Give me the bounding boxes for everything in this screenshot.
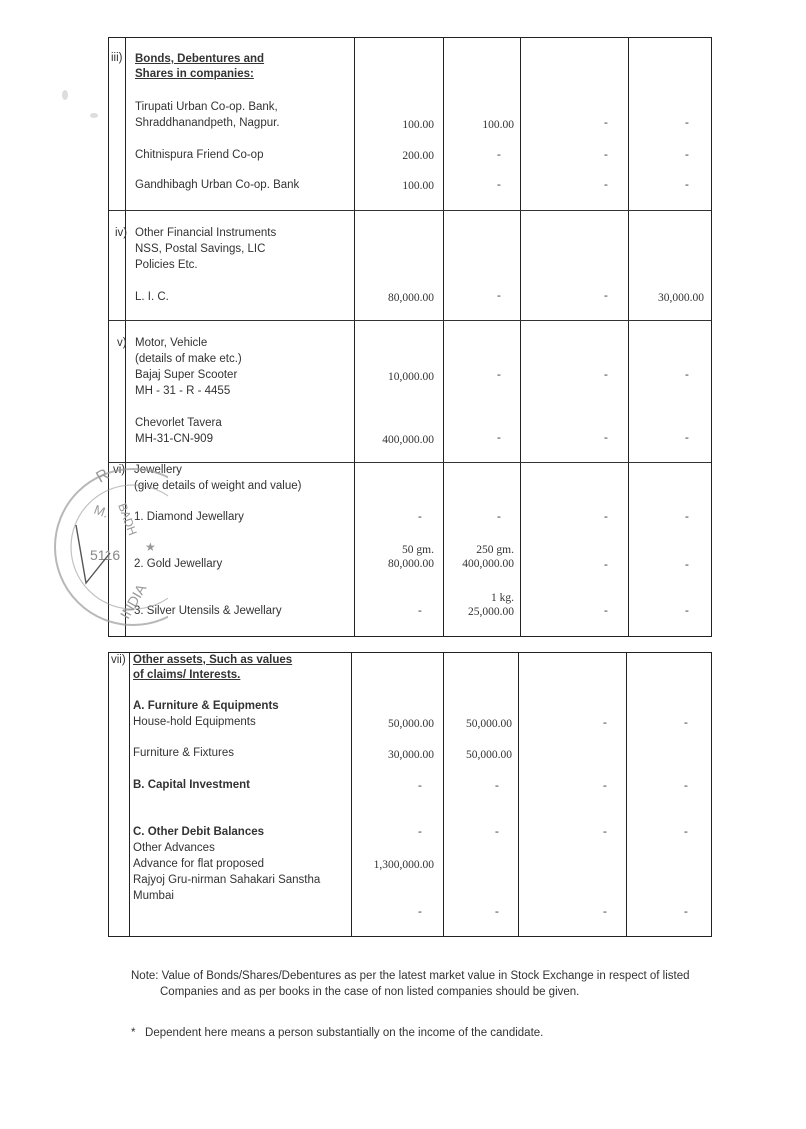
section-title: of claims/ Interests. [133, 668, 240, 684]
asset-name: Other Advances [133, 841, 215, 857]
section-number: vii) [111, 653, 126, 669]
value-col4: - [685, 149, 689, 161]
asset-name: Advance for flat proposed [133, 857, 264, 873]
value-col3: - [604, 511, 608, 523]
column-divider [626, 653, 627, 936]
asset-name: House-hold Equipments [133, 715, 256, 731]
section-title: Shares in companies: [135, 67, 254, 83]
value-col4: - [685, 432, 689, 444]
footnote-dependent: * Dependent here means a person substant… [131, 1025, 543, 1041]
section-number: vi) [113, 463, 125, 479]
section-title: Other Financial Instruments [135, 226, 276, 242]
asset-name: MH-31-CN-909 [135, 432, 213, 448]
asset-name: 2. Gold Jewellary [134, 557, 222, 573]
value-col4: - [685, 559, 689, 571]
section-title: Motor, Vehicle [135, 336, 207, 352]
section-number: iv) [115, 226, 127, 242]
value-col1: 30,000.00 [388, 748, 434, 763]
section-title: Jewellery [134, 463, 182, 479]
value-col3: - [604, 290, 608, 302]
value-col4: - [685, 369, 689, 381]
column-divider [628, 38, 629, 636]
asset-name: 3. Silver Utensils & Jewellary [134, 604, 282, 620]
asset-name: 1. Diamond Jewellary [134, 510, 244, 526]
value-col1: 80,000.00 [388, 557, 434, 572]
asset-name: Rajyoj Gru-nirman Sahakari Sanstha [133, 873, 320, 889]
asset-name: MH - 31 - R - 4455 [135, 384, 230, 400]
column-divider [129, 653, 130, 936]
section-title: NSS, Postal Savings, LIC [135, 242, 265, 258]
value-col2: 400,000.00 [462, 557, 514, 572]
section-title: Bonds, Debentures and [135, 52, 264, 68]
value-col2: 50,000.00 [466, 717, 512, 732]
value-col1: - [418, 826, 422, 838]
value-col2: - [495, 826, 499, 838]
value-col2: - [495, 906, 499, 918]
section-title: (details of make etc.) [135, 352, 242, 368]
section-number: v) [117, 336, 127, 352]
value-col2: 100.00 [482, 118, 514, 133]
assets-table-lower [108, 652, 712, 937]
section-title: Other assets, Such as values [133, 653, 292, 669]
asset-name: Furniture & Fixtures [133, 746, 234, 762]
subsection-title: C. Other Debit Balances [133, 825, 264, 841]
asset-name: Chitnispura Friend Co-op [135, 148, 263, 164]
value-col4: - [684, 906, 688, 918]
asset-name: Chevorlet Tavera [135, 416, 222, 432]
scan-smudge [90, 113, 98, 118]
value-col3: - [604, 369, 608, 381]
column-divider [354, 38, 355, 636]
value-col1: 50,000.00 [388, 717, 434, 732]
value-col4: - [684, 826, 688, 838]
value-col4: - [685, 511, 689, 523]
value-col4: - [685, 179, 689, 191]
value-col1: 100.00 [402, 179, 434, 194]
value-col3: - [603, 780, 607, 792]
value-col3: - [604, 432, 608, 444]
value-col3: - [603, 906, 607, 918]
section-title: Policies Etc. [135, 258, 198, 274]
note-line-1: Note: Value of Bonds/Shares/Debentures a… [131, 968, 690, 984]
asset-name: L. I. C. [135, 290, 169, 306]
value-col1: - [418, 511, 422, 523]
weight-col2: 1 kg. [491, 591, 514, 606]
value-col2: - [495, 780, 499, 792]
asset-name: Shraddhanandpeth, Nagpur. [135, 116, 280, 132]
value-col1: 10,000.00 [388, 370, 434, 385]
value-col3: - [603, 826, 607, 838]
value-col4: - [685, 605, 689, 617]
column-divider [443, 653, 444, 936]
value-col4: - [685, 117, 689, 129]
value-col1: 200.00 [402, 149, 434, 164]
value-col1: - [418, 605, 422, 617]
value-col3: - [604, 559, 608, 571]
value-col2: - [497, 290, 501, 302]
signature-mark [76, 525, 110, 583]
asset-name: Gandhibagh Urban Co-op. Bank [135, 178, 299, 194]
value-col2: 25,000.00 [468, 605, 514, 620]
value-col2: 50,000.00 [466, 748, 512, 763]
column-divider [520, 38, 521, 636]
scan-smudge [62, 90, 68, 100]
row-divider [109, 210, 711, 211]
value-col2: - [497, 149, 501, 161]
value-col2: - [497, 432, 501, 444]
row-divider [109, 320, 711, 321]
weight-col1: 50 gm. [402, 543, 434, 558]
section-number: iii) [111, 51, 123, 67]
weight-col2: 250 gm. [476, 543, 514, 558]
column-divider [518, 653, 519, 936]
asset-name: Bajaj Super Scooter [135, 368, 237, 384]
value-col3: - [603, 717, 607, 729]
value-col1: 80,000.00 [388, 291, 434, 306]
asset-name: Mumbai [133, 889, 174, 905]
column-divider [443, 38, 444, 636]
value-col1: 400,000.00 [382, 433, 434, 448]
value-col4: - [684, 717, 688, 729]
value-col3: - [604, 117, 608, 129]
section-title: (give details of weight and value) [134, 479, 302, 495]
note-line-2: Companies and as per books in the case o… [160, 984, 579, 1000]
column-divider [351, 653, 352, 936]
value-col4: 30,000.00 [658, 291, 704, 306]
value-col3: - [604, 605, 608, 617]
value-col1: - [418, 780, 422, 792]
value-col2: - [497, 511, 501, 523]
asset-name: Tirupati Urban Co-op. Bank, [135, 100, 278, 116]
row-divider [109, 462, 711, 463]
value-col1: 100.00 [402, 118, 434, 133]
advance-value: 1,300,000.00 [374, 858, 434, 873]
value-col4: - [684, 780, 688, 792]
value-col2: - [497, 179, 501, 191]
value-col2: - [497, 369, 501, 381]
value-col3: - [604, 149, 608, 161]
value-col3: - [604, 179, 608, 191]
subsection-title: A. Furniture & Equipments [133, 699, 279, 715]
value-col1: - [418, 906, 422, 918]
subsection-title: B. Capital Investment [133, 778, 250, 794]
